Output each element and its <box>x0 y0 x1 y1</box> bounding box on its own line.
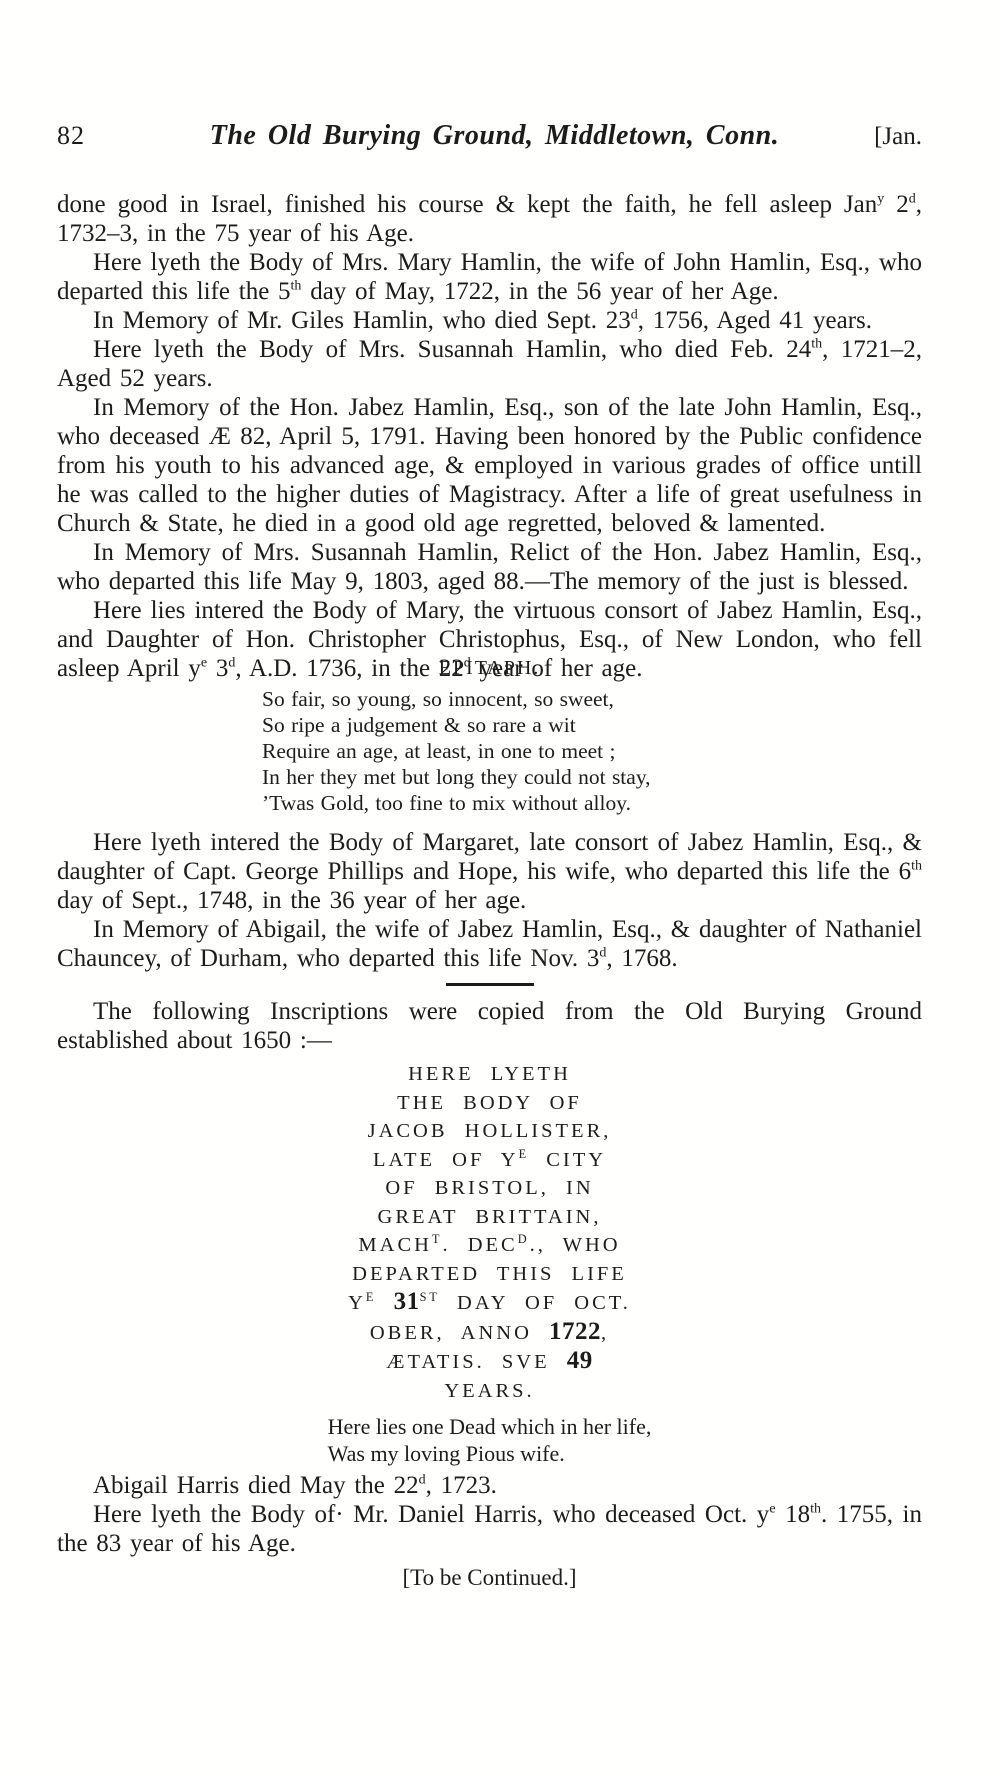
scanned-book-page: 82 The Old Burying Ground, Middletown, C… <box>0 0 1000 1776</box>
paragraph-mary-hamlin: Here lyeth the Body of Mrs. Mary Hamlin,… <box>57 248 922 306</box>
paragraph-margaret: Here lyeth intered the Body of Margaret,… <box>57 828 922 915</box>
running-title: The Old Burying Ground, Middletown, Conn… <box>152 120 837 152</box>
harris-couplet: Here lies one Dead which in her life,Was… <box>328 1413 652 1467</box>
paragraph-daniel-harris: Here lyeth the Body of· Mr. Daniel Harri… <box>57 1500 922 1558</box>
inscription-line: OBER, ANNO 1722, <box>57 1318 922 1348</box>
issue-label: [Jan. <box>837 123 922 151</box>
inscription-line: GREAT BRITTAIN, <box>57 1203 922 1232</box>
paragraph-giles-hamlin: In Memory of Mr. Giles Hamlin, who died … <box>57 306 922 335</box>
paragraph-following-inscriptions: The following Inscriptions were copied f… <box>57 997 922 1055</box>
running-header: 82 The Old Burying Ground, Middletown, C… <box>57 0 922 152</box>
page-content: 82 The Old Burying Ground, Middletown, C… <box>0 0 1000 1591</box>
inscription-line: YEARS. <box>57 1377 922 1406</box>
inscription-line: MACHT. DECD., WHO <box>57 1231 922 1260</box>
inscription-line: THE BODY OF <box>57 1089 922 1118</box>
hollister-inscription: HERE LYETHTHE BODY OFJACOB HOLLISTER,LAT… <box>57 1060 922 1405</box>
inscription-line: ÆTATIS. SVE 49 <box>57 1347 922 1377</box>
paragraph-abigail-memory: In Memory of Abigail, the wife of Jabez … <box>57 915 922 973</box>
inscription-line: YE 31ST DAY OF OCT. <box>57 1288 922 1318</box>
inscription-line: JACOB HOLLISTER, <box>57 1117 922 1146</box>
paragraph-susannah-hamlin: Here lyeth the Body of Mrs. Susannah Ham… <box>57 335 922 393</box>
section-divider <box>446 983 534 986</box>
text-blocks: done good in Israel, finished his course… <box>57 190 922 1591</box>
to-be-continued-note: [To be Continued.] <box>57 1565 922 1591</box>
inscription-line: HERE LYETH <box>57 1060 922 1089</box>
inscription-line: DEPARTED THIS LIFE <box>57 1260 922 1289</box>
paragraph-susannah-relict: In Memory of Mrs. Susannah Hamlin, Relic… <box>57 538 922 596</box>
paragraph-jabez-hamlin: In Memory of the Hon. Jabez Hamlin, Esq.… <box>57 393 922 538</box>
paragraph-continuation: done good in Israel, finished his course… <box>57 190 922 248</box>
page-number: 82 <box>57 121 152 151</box>
inscription-line: OF BRISTOL, IN <box>57 1174 922 1203</box>
epitaph-poem: So fair, so young, so innocent, so sweet… <box>262 686 922 816</box>
paragraph-abigail-harris: Abigail Harris died May the 22d, 1723. <box>57 1471 922 1500</box>
inscription-line: LATE OF YE CITY <box>57 1146 922 1175</box>
